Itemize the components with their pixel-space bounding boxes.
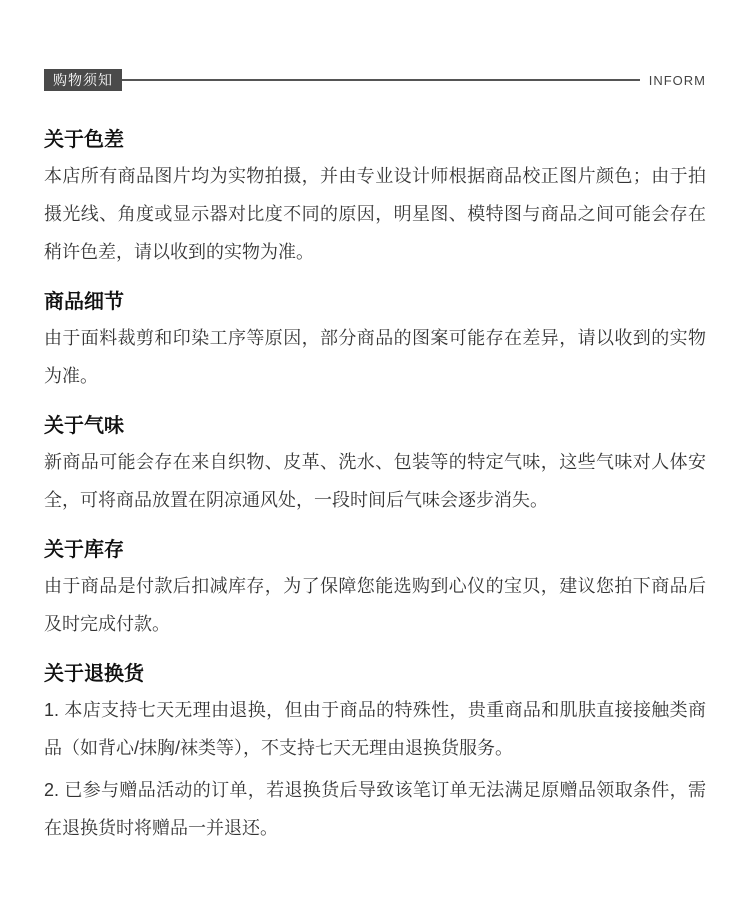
section-paragraph: 由于商品是付款后扣减库存，为了保障您能选购到心仪的宝贝，建议您拍下商品后及时完成… (44, 567, 706, 643)
section-smell: 关于气味 新商品可能会存在来自织物、皮革、洗水、包装等的特定气味，这些气味对人体… (44, 413, 706, 519)
section-paragraph: 由于面料裁剪和印染工序等原因，部分商品的图案可能存在差异，请以收到的实物为准。 (44, 319, 706, 395)
notice-badge: 购物须知 (44, 69, 122, 91)
section-title: 关于库存 (44, 537, 706, 563)
section-paragraph: 新商品可能会存在来自织物、皮革、洗水、包装等的特定气味，这些气味对人体安全，可将… (44, 443, 706, 519)
section-stock: 关于库存 由于商品是付款后扣减库存，为了保障您能选购到心仪的宝贝，建议您拍下商品… (44, 537, 706, 643)
section-returns: 关于退换货 1. 本店支持七天无理由退换，但由于商品的特殊性，贵重商品和肌肤直接… (44, 661, 706, 847)
notice-header: 购物须知 INFORM (44, 69, 706, 91)
shopping-notice-page: 购物须知 INFORM 关于色差 本店所有商品图片均为实物拍摄，并由专业设计师根… (0, 0, 750, 900)
section-paragraph: 2. 已参与赠品活动的订单，若退换货后导致该笔订单无法满足原赠品领取条件，需在退… (44, 771, 706, 847)
section-title: 关于气味 (44, 413, 706, 439)
section-title: 关于色差 (44, 127, 706, 153)
section-title: 商品细节 (44, 289, 706, 315)
section-color-difference: 关于色差 本店所有商品图片均为实物拍摄，并由专业设计师根据商品校正图片颜色；由于… (44, 127, 706, 271)
section-title: 关于退换货 (44, 661, 706, 687)
header-rule (122, 79, 640, 81)
inform-label: INFORM (649, 73, 706, 88)
section-product-details: 商品细节 由于面料裁剪和印染工序等原因，部分商品的图案可能存在差异，请以收到的实… (44, 289, 706, 395)
section-paragraph: 1. 本店支持七天无理由退换，但由于商品的特殊性，贵重商品和肌肤直接接触类商品（… (44, 691, 706, 767)
section-paragraph: 本店所有商品图片均为实物拍摄，并由专业设计师根据商品校正图片颜色；由于拍摄光线、… (44, 157, 706, 271)
